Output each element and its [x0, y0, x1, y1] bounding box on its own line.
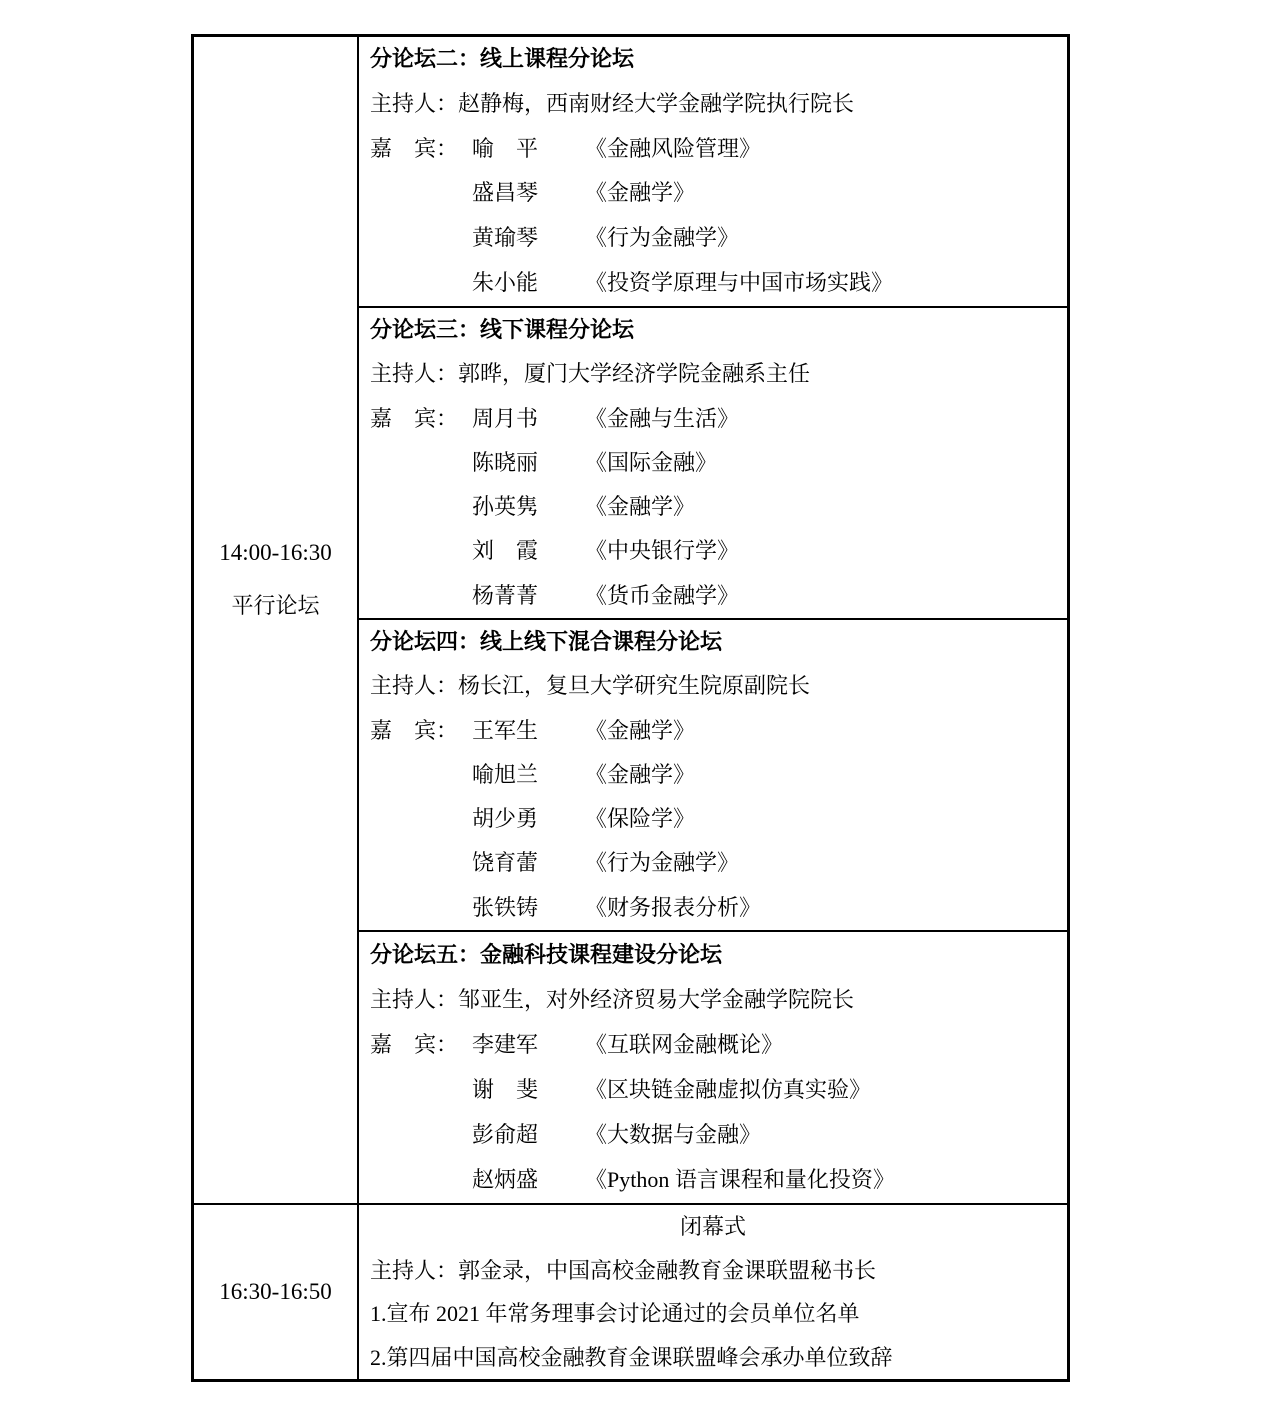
guest-name: 张铁铸: [472, 886, 585, 930]
session-forum-5: 分论坛五：金融科技课程建设分论坛 主持人：邹亚生，对外经济贸易大学金融学院院长 …: [359, 930, 1067, 1203]
guest-name: 陈晓丽: [472, 441, 585, 485]
session-forum-3: 分论坛三：线下课程分论坛 主持人：郭晔，厦门大学经济学院金融系主任 嘉 宾： 周…: [359, 306, 1067, 618]
guest-course: 《金融与生活》: [585, 397, 739, 441]
guest-course: 《区块链金融虚拟仿真实验》: [585, 1067, 871, 1112]
guest-line: 胡少勇 《保险学》: [370, 797, 1067, 841]
guest-course: 《金融学》: [585, 753, 695, 797]
guest-course: 《Python 语言课程和量化投资》: [585, 1157, 895, 1202]
guest-label-spacer: [370, 1112, 472, 1157]
host-line: 主持人：杨长江，复旦大学研究生院原副院长: [370, 664, 1067, 708]
closing-item: 2.第四届中国高校金融教育金课联盟峰会承办单位致辞: [370, 1336, 1067, 1380]
agenda-table: 14:00-16:30 平行论坛 分论坛二：线上课程分论坛 主持人：赵静梅，西南…: [191, 34, 1070, 1382]
guest-name: 孙英隽: [472, 485, 585, 529]
time-cell-parallel: 14:00-16:30 平行论坛: [194, 37, 359, 1203]
guest-line: 嘉 宾： 王军生 《金融学》: [370, 709, 1067, 753]
guest-label-spacer: [370, 753, 472, 797]
guest-label-spacer: [370, 574, 472, 618]
guest-line: 嘉 宾： 周月书 《金融与生活》: [370, 397, 1067, 441]
guest-name: 黄瑜琴: [472, 216, 585, 261]
guest-label-spacer: [370, 171, 472, 216]
guest-label-spacer: [370, 485, 472, 529]
guest-line: 陈晓丽 《国际金融》: [370, 441, 1067, 485]
session-title: 分论坛三：线下课程分论坛: [370, 308, 1067, 352]
guest-course: 《金融学》: [585, 709, 695, 753]
guest-name: 王军生: [472, 709, 585, 753]
guest-course: 《货币金融学》: [585, 574, 739, 618]
guest-line: 喻旭兰 《金融学》: [370, 753, 1067, 797]
session-title: 分论坛四：线上线下混合课程分论坛: [370, 620, 1067, 664]
guest-name: 饶育蕾: [472, 841, 585, 885]
time-cell-closing: 16:30-16:50: [194, 1205, 359, 1379]
time-range: 14:00-16:30: [219, 530, 331, 575]
guest-label-spacer: [370, 216, 472, 261]
host-line: 主持人：郭晔，厦门大学经济学院金融系主任: [370, 352, 1067, 396]
guest-course: 《国际金融》: [585, 441, 717, 485]
guest-course: 《投资学原理与中国市场实践》: [585, 261, 893, 306]
guest-course: 《金融学》: [585, 485, 695, 529]
guest-line: 孙英隽 《金融学》: [370, 485, 1067, 529]
guest-name: 喻旭兰: [472, 753, 585, 797]
guest-line: 嘉 宾： 李建军 《互联网金融概论》: [370, 1022, 1067, 1067]
guest-line: 饶育蕾 《行为金融学》: [370, 841, 1067, 885]
guest-name: 盛昌琴: [472, 171, 585, 216]
guest-label-spacer: [370, 441, 472, 485]
guest-line: 黄瑜琴 《行为金融学》: [370, 216, 1067, 261]
closing-title: 闭幕式: [370, 1205, 1067, 1249]
guest-label: 嘉 宾：: [370, 127, 472, 172]
session-forum-2: 分论坛二：线上课程分论坛 主持人：赵静梅，西南财经大学金融学院执行院长 嘉 宾：…: [359, 37, 1067, 306]
guest-course: 《金融风险管理》: [585, 127, 761, 172]
guest-course: 《中央银行学》: [585, 529, 739, 573]
guest-label-spacer: [370, 841, 472, 885]
guest-course: 《财务报表分析》: [585, 886, 761, 930]
document-page: 14:00-16:30 平行论坛 分论坛二：线上课程分论坛 主持人：赵静梅，西南…: [0, 0, 1262, 1424]
guest-line: 盛昌琴 《金融学》: [370, 171, 1067, 216]
guest-line: 谢 斐 《区块链金融虚拟仿真实验》: [370, 1067, 1067, 1112]
closing-row: 16:30-16:50 闭幕式 主持人：郭金录，中国高校金融教育金课联盟秘书长 …: [194, 1203, 1067, 1379]
sessions-column: 分论坛二：线上课程分论坛 主持人：赵静梅，西南财经大学金融学院执行院长 嘉 宾：…: [359, 37, 1067, 1203]
time-range: 16:30-16:50: [219, 1279, 331, 1305]
guest-label-spacer: [370, 529, 472, 573]
guest-course: 《金融学》: [585, 171, 695, 216]
guest-course: 《行为金融学》: [585, 841, 739, 885]
guest-line: 朱小能 《投资学原理与中国市场实践》: [370, 261, 1067, 306]
closing-item: 1.宣布 2021 年常务理事会讨论通过的会员单位名单: [370, 1292, 1067, 1336]
guest-label: 嘉 宾：: [370, 709, 472, 753]
guest-line: 张铁铸 《财务报表分析》: [370, 886, 1067, 930]
guest-name: 赵炳盛: [472, 1157, 585, 1202]
guest-name: 杨菁菁: [472, 574, 585, 618]
guest-label-spacer: [370, 1157, 472, 1202]
guest-label-spacer: [370, 797, 472, 841]
guest-line: 彭俞超 《大数据与金融》: [370, 1112, 1067, 1157]
closing-column: 闭幕式 主持人：郭金录，中国高校金融教育金课联盟秘书长 1.宣布 2021 年常…: [359, 1205, 1067, 1379]
guest-label-spacer: [370, 886, 472, 930]
guest-name: 刘 霞: [472, 529, 585, 573]
guest-name: 朱小能: [472, 261, 585, 306]
guest-label: 嘉 宾：: [370, 397, 472, 441]
guest-line: 杨菁菁 《货币金融学》: [370, 574, 1067, 618]
guest-course: 《互联网金融概论》: [585, 1022, 783, 1067]
guest-course: 《保险学》: [585, 797, 695, 841]
guest-course: 《大数据与金融》: [585, 1112, 761, 1157]
guest-name: 谢 斐: [472, 1067, 585, 1112]
guest-line: 赵炳盛 《Python 语言课程和量化投资》: [370, 1157, 1067, 1202]
guest-name: 胡少勇: [472, 797, 585, 841]
guest-name: 喻 平: [472, 127, 585, 172]
guest-name: 周月书: [472, 397, 585, 441]
host-line: 主持人：郭金录，中国高校金融教育金课联盟秘书长: [370, 1249, 1067, 1293]
session-forum-4: 分论坛四：线上线下混合课程分论坛 主持人：杨长江，复旦大学研究生院原副院长 嘉 …: [359, 618, 1067, 930]
guest-name: 彭俞超: [472, 1112, 585, 1157]
host-line: 主持人：邹亚生，对外经济贸易大学金融学院院长: [370, 977, 1067, 1022]
guest-label-spacer: [370, 261, 472, 306]
parallel-forums-row: 14:00-16:30 平行论坛 分论坛二：线上课程分论坛 主持人：赵静梅，西南…: [194, 37, 1067, 1203]
guest-line: 刘 霞 《中央银行学》: [370, 529, 1067, 573]
time-label: 平行论坛: [231, 583, 319, 628]
guest-line: 嘉 宾： 喻 平 《金融风险管理》: [370, 127, 1067, 172]
session-title: 分论坛五：金融科技课程建设分论坛: [370, 932, 1067, 977]
guest-name: 李建军: [472, 1022, 585, 1067]
guest-label: 嘉 宾：: [370, 1022, 472, 1067]
session-title: 分论坛二：线上课程分论坛: [370, 37, 1067, 82]
guest-label-spacer: [370, 1067, 472, 1112]
host-line: 主持人：赵静梅，西南财经大学金融学院执行院长: [370, 82, 1067, 127]
guest-course: 《行为金融学》: [585, 216, 739, 261]
